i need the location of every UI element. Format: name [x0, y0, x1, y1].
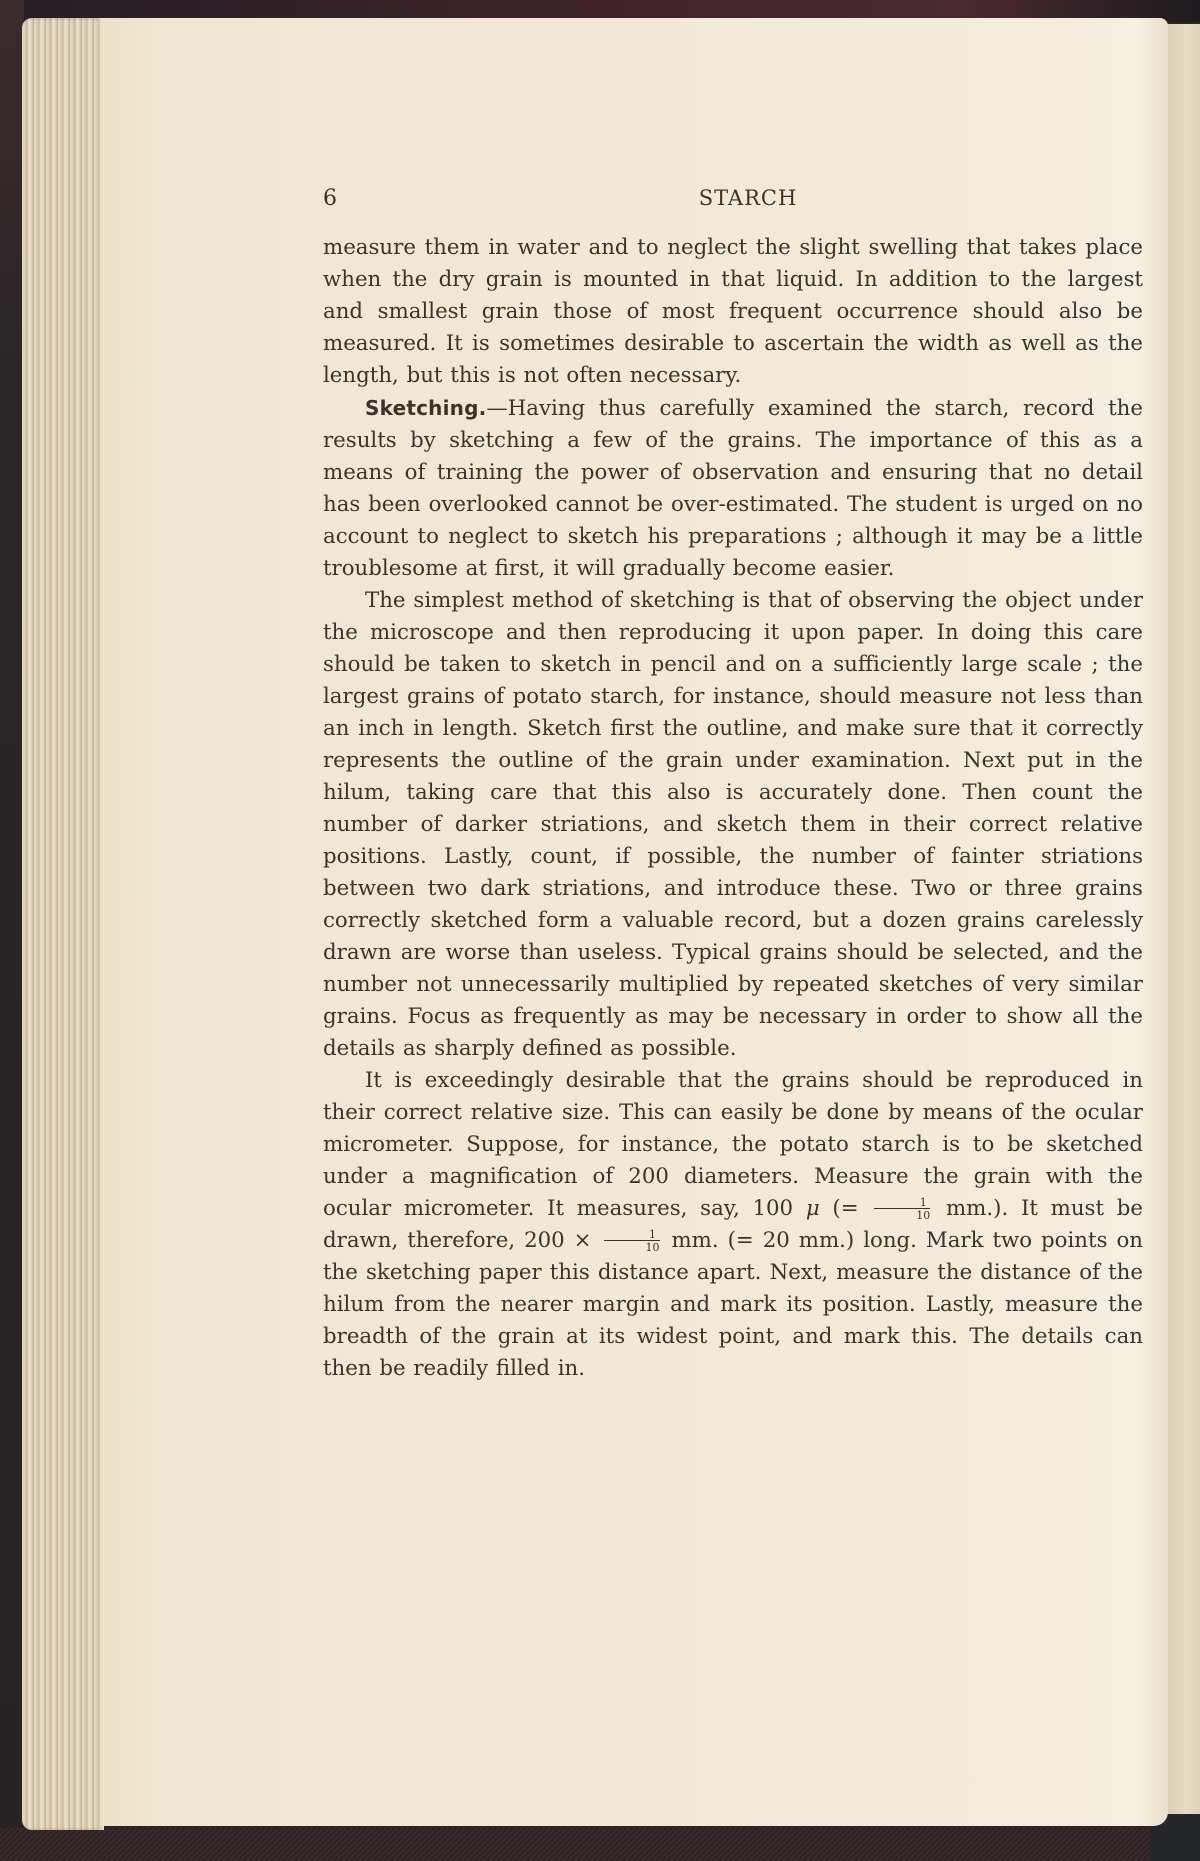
paragraph-text: —Having thus carefully examined the star… — [323, 396, 1143, 581]
paragraph-2: Sketching.—Having thus carefully examine… — [323, 392, 1143, 585]
paragraph-text-b: (= — [820, 1196, 872, 1221]
body-text: measure them in water and to neglect the… — [323, 232, 1143, 1385]
paragraph-text: The simplest method of sketching is that… — [323, 588, 1143, 1061]
fraction-denominator: 10 — [604, 1240, 660, 1253]
micron-symbol: μ — [806, 1196, 820, 1221]
book-page: 6 STARCH measure them in water and to ne… — [100, 18, 1168, 1826]
side-heading-sketching: Sketching. — [365, 396, 486, 420]
facing-page-edge — [1165, 24, 1200, 1814]
paragraph-4: It is exceedingly desirable that the gra… — [323, 1065, 1143, 1385]
paragraph-1: measure them in water and to neglect the… — [323, 232, 1143, 392]
book-cover-bottom — [0, 1828, 1200, 1861]
running-head: 6 STARCH — [323, 186, 1143, 226]
fraction-denominator: 10 — [874, 1208, 930, 1221]
book-cover-left — [0, 0, 24, 1861]
fraction-one-tenth: 110 — [604, 1229, 660, 1253]
page-edge-stack — [22, 18, 104, 1830]
paragraph-3: The simplest method of sketching is that… — [323, 585, 1143, 1065]
fraction-one-tenth: 110 — [874, 1197, 930, 1221]
fraction-numerator: 1 — [604, 1229, 660, 1240]
running-title: STARCH — [323, 186, 1143, 210]
paragraph-text: measure them in water and to neglect the… — [323, 235, 1143, 388]
page-content: 6 STARCH measure them in water and to ne… — [323, 186, 1143, 1385]
fraction-numerator: 1 — [874, 1197, 930, 1208]
